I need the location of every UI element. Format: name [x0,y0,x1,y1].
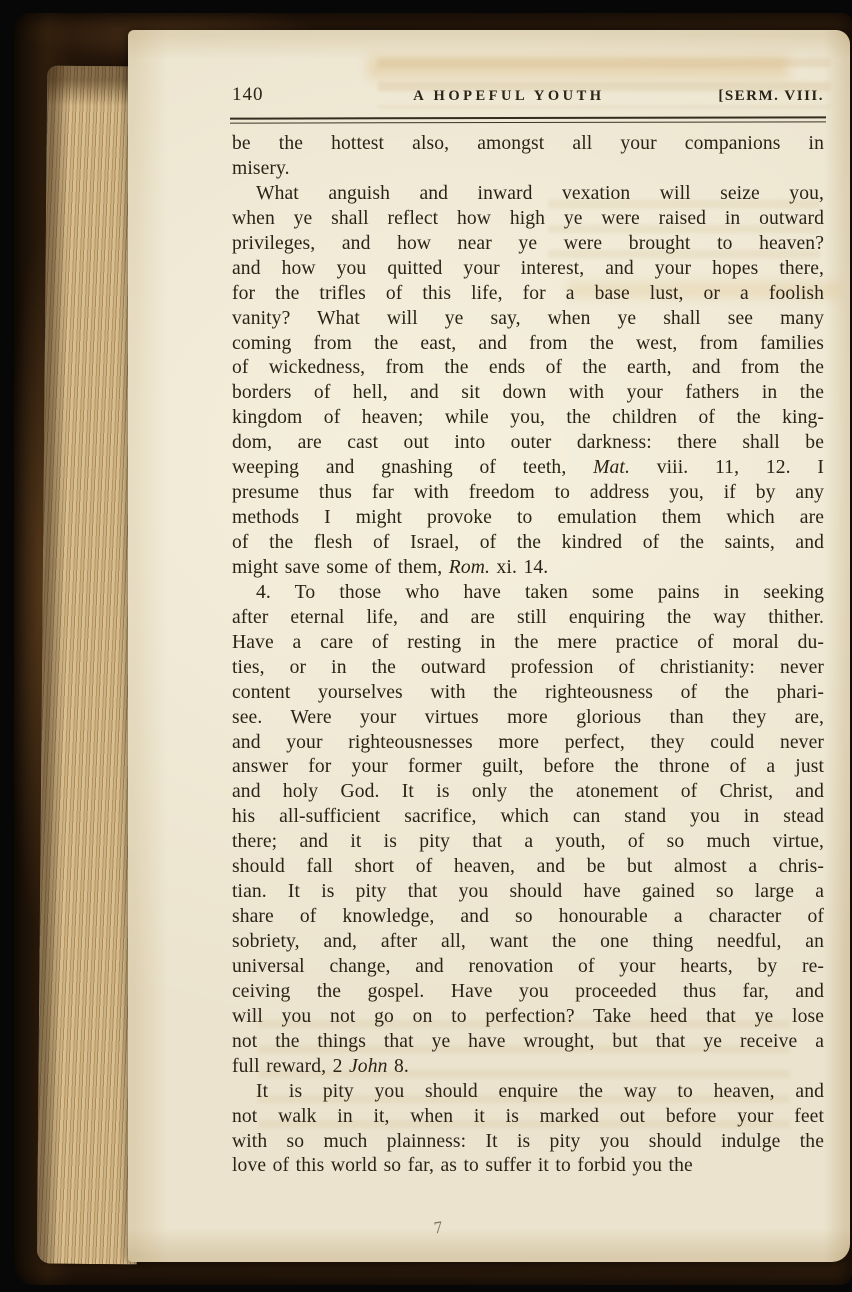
body-text: be the hottest also, amongst all your co… [232,132,824,1179]
text-line: be the hottest also, amongst all your co… [232,132,824,157]
text-line: tian. It is pity that you should have ga… [232,880,824,905]
text-line: and holy God. It is only the atonement o… [232,780,824,805]
text-line: What anguish and inward vexation will se… [232,182,824,207]
text-line: ceiving the gospel. Have you proceeded t… [232,980,824,1005]
page-number: 140 [232,84,264,106]
text-line: Have a care of resting in the mere pract… [232,631,824,656]
page-header: 140 A HOPEFUL YOUTH [SERM. VIII. [232,84,824,110]
text-line: misery. [232,157,824,182]
text-line: presume thus far with freedom to address… [232,481,824,506]
text-line: with so much plainness: It is pity you s… [232,1130,824,1155]
text-line: 4. To those who have taken some pains in… [232,581,824,606]
text-line: weeping and gnashing of teeth, Mat. viii… [232,456,824,481]
header-double-rule [230,116,826,123]
text-line: kingdom of heaven; while you, the childr… [232,406,824,431]
text-line: and how you quitted your interest, and y… [232,257,824,282]
text-line: after eternal life, and are still enquir… [232,606,824,631]
text-line: of the flesh of Israel, of the kindred o… [232,531,824,556]
text-line: privileges, and how near ye were brought… [232,232,824,257]
text-line: full reward, 2 John 8. [232,1055,824,1080]
text-line: see. Were your virtues more glorious tha… [232,706,824,731]
text-line: not walk in it, when it is marked out be… [232,1105,824,1130]
text-line: vanity? What will ye say, when ye shall … [232,307,824,332]
text-line: ties, or in the outward profession of ch… [232,656,824,681]
text-line: content yourselves with the righteousnes… [232,681,824,706]
text-line: share of knowledge, and so honourable a … [232,905,824,930]
text-line: and your righteousnesses more perfect, t… [232,731,824,756]
running-title: A HOPEFUL YOUTH [413,88,604,105]
paper-stain [368,56,788,78]
text-line: for the trifles of this life, for a base… [232,282,824,307]
stray-pen-mark: 7 [433,1218,444,1239]
text-line: will you not go on to perfection? Take h… [232,1005,824,1030]
text-line: there; and it is pity that a youth, of s… [232,830,824,855]
text-line: methods I might provoke to emulation the… [232,506,824,531]
text-line: sobriety, and, after all, want the one t… [232,930,824,955]
text-line: It is pity you should enquire the way to… [232,1080,824,1105]
text-line: not the things that ye have wrought, but… [232,1030,824,1055]
scanned-book-photo: { "scan": { "background_color": "#070707… [0,0,852,1292]
text-line: should fall short of heaven, and be but … [232,855,824,880]
text-line: borders of hell, and sit down with your … [232,381,824,406]
text-line: love of this world so far, as to suffer … [232,1154,824,1179]
sermon-number-label: [SERM. VIII. [718,88,824,105]
book-page: 140 A HOPEFUL YOUTH [SERM. VIII. be the … [128,30,850,1262]
text-line: might save some of them, Rom. xi. 14. [232,556,824,581]
text-line: when ye shall reflect how high ye were r… [232,207,824,232]
text-line: of wickedness, from the ends of the eart… [232,356,824,381]
text-line: answer for your former guilt, before the… [232,755,824,780]
text-line: dom, are cast out into outer darkness: t… [232,431,824,456]
text-line: universal change, and renovation of your… [232,955,824,980]
text-line: his all-sufficient sacrifice, which can … [232,805,824,830]
text-line: coming from the east, and from the west,… [232,332,824,357]
